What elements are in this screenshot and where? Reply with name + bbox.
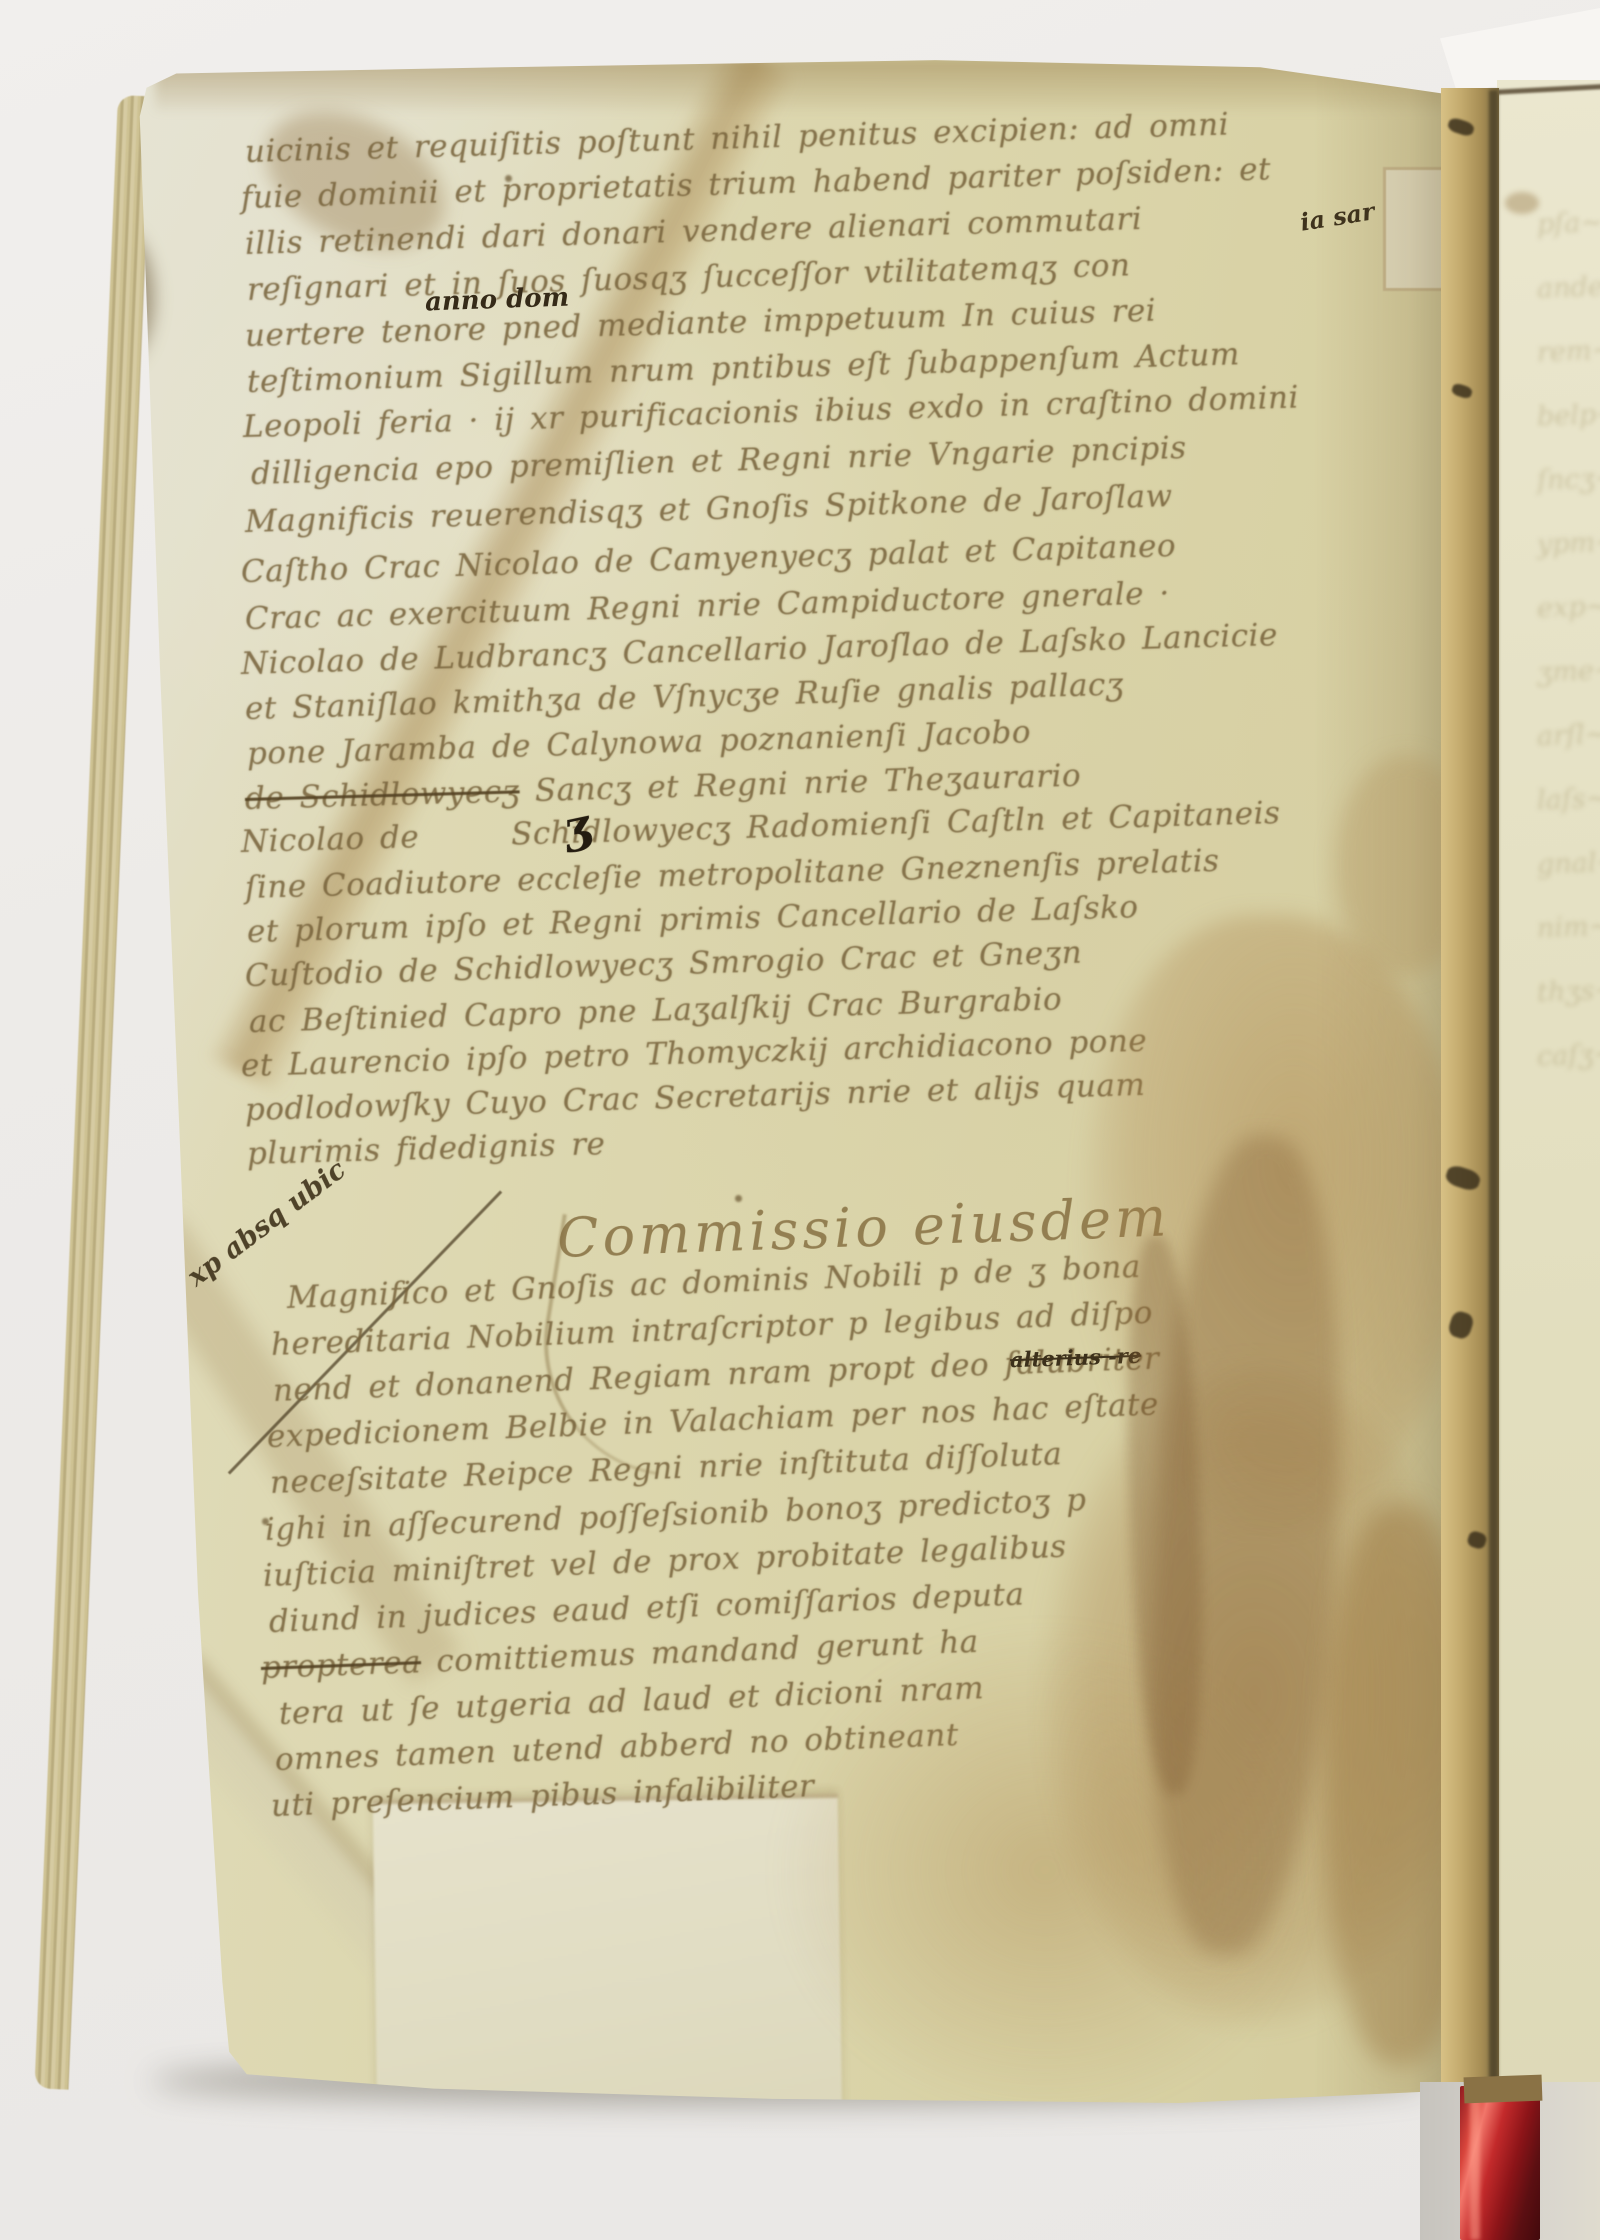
ghost-line: thʒs~ <box>1537 977 1600 1007</box>
line-text: Nicolao de <box>240 819 434 860</box>
ghost-line: ʒme~ <box>1537 657 1600 687</box>
ghost-line: caſʒ~ <box>1537 1041 1600 1071</box>
struck-text: de Schidlowyecʒ <box>244 773 520 817</box>
ghost-line: pſa~ <box>1537 209 1600 238</box>
ghost-line: exp~ <box>1537 593 1600 622</box>
struck-text: propterea <box>260 1644 421 1686</box>
ghost-line: ypm~ <box>1537 529 1600 559</box>
manuscript-page: uicinis et requiſitis poſtunt nihil peni… <box>95 55 1450 2105</box>
ghost-line: arſl~ <box>1537 721 1600 750</box>
facing-page-edge: pſa~ande~rem~belp~ſncʒ~ypm~exp~ʒme~arſl~… <box>1497 80 1600 2240</box>
ghost-line: laſs~ <box>1537 785 1600 814</box>
ghost-line: belp~ <box>1537 401 1600 431</box>
interlinear-insertion-anno-domini: anno dom <box>425 284 570 315</box>
red-ribbon-bookmark <box>1460 2086 1540 2240</box>
ghost-line: gnal~ <box>1537 849 1600 879</box>
ghost-line: ſncʒ~ <box>1537 465 1600 495</box>
ribbon-attachment <box>1464 2075 1543 2104</box>
ghost-line: rem~ <box>1537 337 1600 367</box>
small-stain <box>1505 192 1539 214</box>
ghost-line: ande~ <box>1537 272 1600 302</box>
page-stack-edges <box>34 95 152 2090</box>
gutter-shadow-line <box>1489 90 1498 2086</box>
ghost-line: nim~ <box>1537 913 1600 943</box>
